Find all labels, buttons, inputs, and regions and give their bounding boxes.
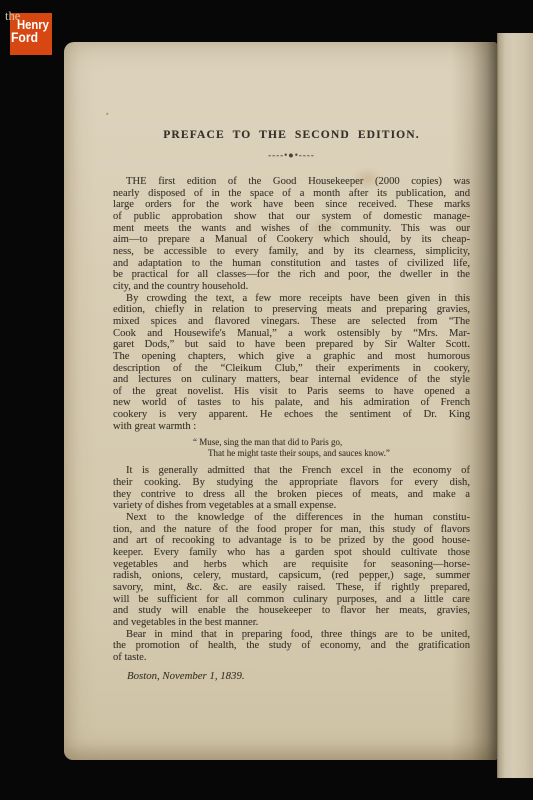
text-line: and adaptation to the human constitution… <box>113 258 470 270</box>
text-line: description of the “Cleikum Club,” their… <box>113 363 470 375</box>
text-line: and lectures on culinary matters, bear i… <box>113 374 470 386</box>
text-line: It is generally admitted that the French… <box>113 465 470 477</box>
text-line: garet Dods,” but said to have been prepa… <box>113 339 470 351</box>
text-line: By crowding the text, a few more receipt… <box>113 293 470 305</box>
text-line: THE first edition of the Good Housekeepe… <box>113 176 470 188</box>
dateline: Boston, November 1, 1839. <box>113 671 470 683</box>
text-line: and study will enable the housekeeper to… <box>113 605 470 617</box>
text-line: be practical for all classes—for the ric… <box>113 269 470 281</box>
verse-line-1: “ Muse, sing the man that did to Paris g… <box>193 437 443 448</box>
text-line: will be sufficient for all common culina… <box>113 594 470 606</box>
text-line: city, and the country household. <box>113 281 470 293</box>
paragraph-2: By crowding the text, a few more receipt… <box>113 293 470 433</box>
paragraph-3: It is generally admitted that the French… <box>113 465 470 512</box>
text-line: of taste. <box>113 652 470 664</box>
text-line: their cooking. By studying the appropria… <box>113 477 470 489</box>
text-line: keeper. Every family who has a garden sp… <box>113 547 470 559</box>
text-line: the promotion of health, the study of ec… <box>113 640 470 652</box>
text-line: Cook and Housewife's Manual,” a work ost… <box>113 328 470 340</box>
ornament-divider: ----•●•---- <box>113 150 470 160</box>
text-line: with great warmth : <box>113 421 470 433</box>
paragraph-5: Bear in mind that in preparing food, thr… <box>113 629 470 664</box>
book-page: PREFACE TO THE SECOND EDITION. ----•●•--… <box>64 42 497 760</box>
text-line: tion, and the nature of the food proper … <box>113 524 470 536</box>
paragraph-4: Next to the knowledge of the differences… <box>113 512 470 629</box>
text-line: savory, mint, &c. &c. are easily raised.… <box>113 582 470 594</box>
text-line: The opening chapters, which give a graph… <box>113 351 470 363</box>
text-line: ness, be accessible to every family, and… <box>113 246 470 258</box>
text-line: they contrive to dress all the broken pi… <box>113 489 470 501</box>
text-line: of the great novelist. His visit to Pari… <box>113 386 470 398</box>
text-line: of public approbation show that our syst… <box>113 211 470 223</box>
text-line: and vegetables in the best manner. <box>113 617 470 629</box>
text-line: ment meets the wants and wishes of the c… <box>113 223 470 235</box>
text-line: nearly disposed of in the space of a mon… <box>113 188 470 200</box>
adjacent-page-edge <box>497 33 533 778</box>
text-line: mixed spices and flavored vinegars. Thes… <box>113 316 470 328</box>
henry-ford-logo: the Henry Ford <box>4 6 60 62</box>
paragraph-1: THE first edition of the Good Housekeepe… <box>113 176 470 293</box>
page-content: PREFACE TO THE SECOND EDITION. ----•●•--… <box>113 128 470 682</box>
verse-quote: “ Muse, sing the man that did to Paris g… <box>193 437 443 459</box>
text-line: Next to the knowledge of the differences… <box>113 512 470 524</box>
text-line: Bear in mind that in preparing food, thr… <box>113 629 470 641</box>
text-line: edition, chiefly in relation to preservi… <box>113 304 470 316</box>
text-line: variety of dishes from vegetables at a s… <box>113 500 470 512</box>
verse-line-2: That he might taste their soups, and sau… <box>193 448 443 459</box>
text-line: radish, onions, celery, mustard, capsicu… <box>113 570 470 582</box>
text-line: aim—to prepare a Manual of Cookery which… <box>113 234 470 246</box>
text-line: vegetables and herbs which are requisite… <box>113 559 470 571</box>
text-line: cookery is very apparent. He echoes the … <box>113 409 470 421</box>
logo-ford: Ford <box>11 30 38 45</box>
text-line: new world of tastes to his palate, and h… <box>113 397 470 409</box>
text-line: large orders for the work have been sinc… <box>113 199 470 211</box>
text-line: and art of recooking to advantage is to … <box>113 535 470 547</box>
page-title: PREFACE TO THE SECOND EDITION. <box>113 128 470 142</box>
